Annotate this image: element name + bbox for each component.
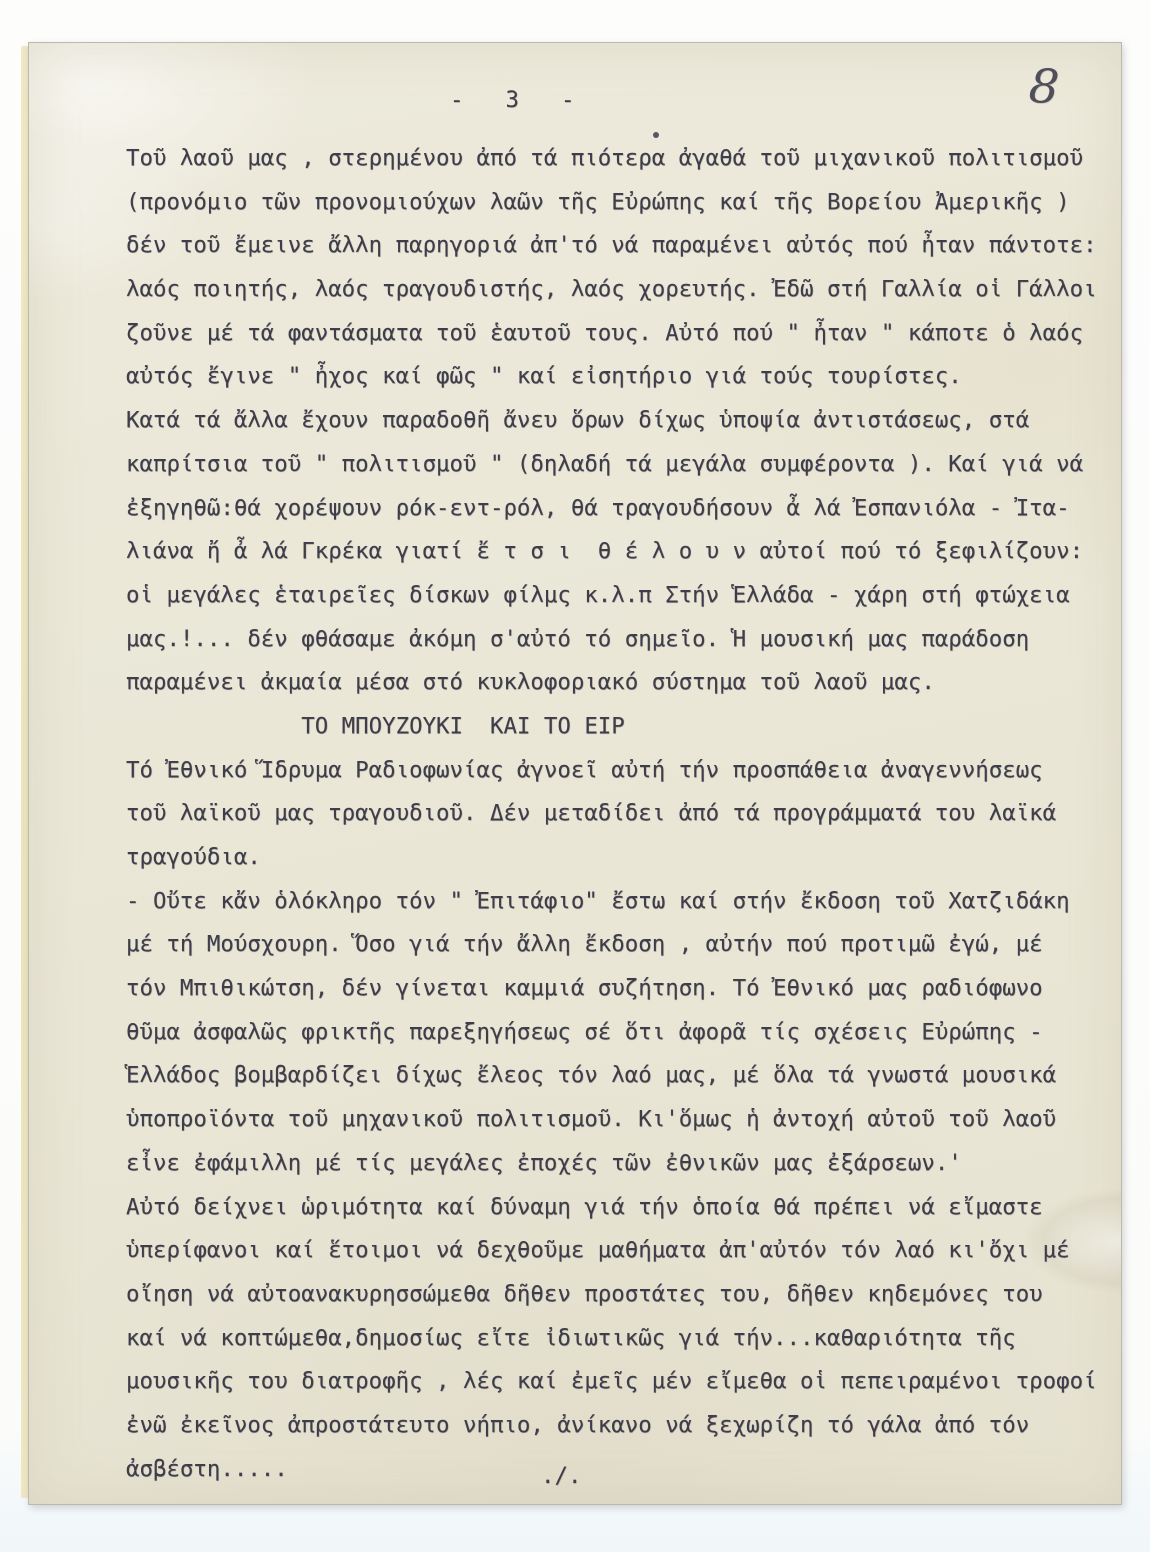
paper-sheet: 8 - 3 - Τοῦ λαοῦ μας , στερημένου ἀπό τά… <box>28 42 1122 1505</box>
typewritten-line: - Οὔτε κἄν ὁλόκληρο τόν " Ἐπιτάφιο" ἔστω… <box>126 880 1126 924</box>
typewritten-line: δέν τοῦ ἔμεινε ἄλλη παρηγοριά ἀπ'τό νά π… <box>126 224 1126 268</box>
typewritten-line: λιάνα ἤ ἆ λά Γκρέκα γιατί ἔ τ σ ι θ έ λ … <box>126 530 1126 574</box>
typewritten-line: θῦμα ἀσφαλῶς φρικτῆς παρεξηγήσεως σέ ὅτι… <box>126 1011 1126 1055</box>
typewritten-line: τραγούδια. <box>126 836 1126 880</box>
typewritten-line: μας.!... δέν φθάσαμε ἀκόμη σ'αὐτό τό σημ… <box>126 618 1126 662</box>
scanner-background: 8 - 3 - Τοῦ λαοῦ μας , στερημένου ἀπό τά… <box>0 0 1150 1552</box>
typewritten-line: οἱ μεγάλες ἑταιρεῖες δίσκων φίλμς κ.λ.π … <box>126 574 1126 618</box>
typewritten-line: ὑπερίφανοι καί ἕτοιμοι νά δεχθοῦμε μαθήμ… <box>126 1229 1126 1273</box>
typewritten-line: ΤΟ ΜΠΟΥΖΟΥΚΙ ΚΑΙ ΤΟ ΕΙΡ <box>126 705 1126 749</box>
typed-folio-number: - 3 - <box>450 88 575 112</box>
typewritten-line: οἴηση νά αὐτοανακυρησσώμεθα δῆθεν προστά… <box>126 1273 1126 1317</box>
typewritten-line: ἐξηγηθῶ:θά χορέψουν ρόκ-εντ-ρόλ, θά τραγ… <box>126 487 1126 531</box>
typewritten-line: μέ τή Μούσχουρη. Ὅσο γιά τήν ἄλλη ἔκδοση… <box>126 923 1126 967</box>
typewritten-line: Τό Ἐθνικό Ἵδρυμα Ραδιοφωνίας ἀγνοεῖ αὐτή… <box>126 749 1126 793</box>
typewritten-line: ζοῦνε μέ τά φαντάσματα τοῦ ἑαυτοῦ τους. … <box>126 312 1126 356</box>
handwritten-page-number: 8 <box>1027 59 1101 119</box>
typewritten-line: (προνόμιο τῶν προνομιούχων λαῶν τῆς Εὐρώ… <box>126 181 1126 225</box>
typewritten-line: Τοῦ λαοῦ μας , στερημένου ἀπό τά πιότερα… <box>126 137 1126 181</box>
typewritten-line: τοῦ λαϊκοῦ μας τραγουδιοῦ. Δέν μεταδίδει… <box>126 792 1126 836</box>
typewritten-line: παραμένει ἀκμαία μέσα στό κυκλοφοριακό σ… <box>126 661 1126 705</box>
typewritten-line: Κατά τά ἄλλα ἔχουν παραδοθῆ ἄνευ ὅρων δί… <box>126 399 1126 443</box>
typewritten-line: λαός ποιητής, λαός τραγουδιστής, λαός χο… <box>126 268 1126 312</box>
typewritten-line: μουσικῆς του διατροφῆς , λές καί ἐμεῖς μ… <box>126 1360 1126 1404</box>
typewritten-line: καπρίτσια τοῦ " πολιτισμοῦ " (δηλαδή τά … <box>126 443 1126 487</box>
typewritten-line: Αὐτό δείχνει ὡριμότητα καί δύναμη γιά τή… <box>126 1186 1126 1230</box>
typewritten-line: εἶνε ἐφάμιλλη μέ τίς μεγάλες ἐποχές τῶν … <box>126 1142 1126 1186</box>
typewritten-line: τόν Μπιθικώτση, δέν γίνεται καμμιά συζήτ… <box>126 967 1126 1011</box>
typewritten-line: ἀσβέστη..... <box>126 1448 1126 1492</box>
typewritten-line: ἐνῶ ἐκεῖνος ἀπροστάτευτο νήπιο, ἀνίκανο … <box>126 1404 1126 1448</box>
typed-closer-mark: ./. <box>541 1463 581 1489</box>
typewritten-line: καί νά κοπτώμεθα,δημοσίως εἴτε ἰδιωτικῶς… <box>126 1317 1126 1361</box>
typewritten-line: αὐτός ἔγινε " ἦχος καί φῶς " καί εἰσητήρ… <box>126 355 1126 399</box>
typewritten-line: Ἑλλάδος βομβαρδίζει δίχως ἔλεος τόν λαό … <box>126 1054 1126 1098</box>
typewritten-text: Τοῦ λαοῦ μας , στερημένου ἀπό τά πιότερα… <box>126 137 1126 1491</box>
typewritten-line: ὑποπροϊόντα τοῦ μηχανικοῦ πολιτισμοῦ. Κι… <box>126 1098 1126 1142</box>
